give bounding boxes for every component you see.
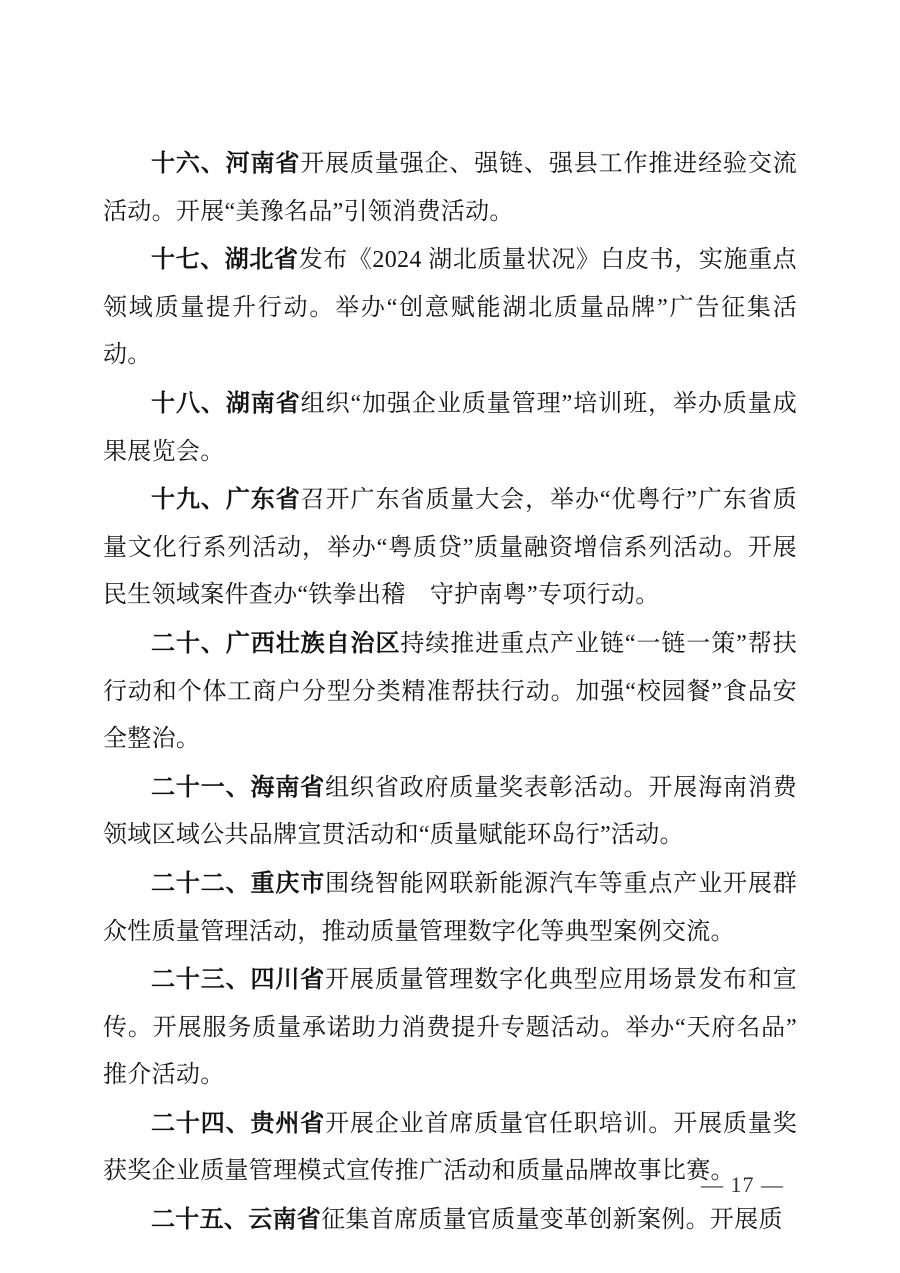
paragraph-item-17: 十七、湖北省发布《2024 湖北质量状况》白皮书，实施重点领域质量提升行动。举办… xyxy=(103,236,797,380)
page-number: — 17 — xyxy=(701,1172,784,1198)
paragraph-lead: 十六、河南省 xyxy=(151,150,300,177)
paragraph-body: 征集首席质量官质量变革创新案例。开展质 xyxy=(321,1207,783,1233)
paragraph-item-16: 十六、河南省开展质量强企、强链、强县工作推进经验交流活动。开展“美豫名品”引领消… xyxy=(103,140,797,236)
paragraph-lead: 二十五、云南省 xyxy=(151,1206,321,1233)
paragraph-item-23: 二十三、四川省开展质量管理数字化典型应用场景发布和宣传。开展服务质量承诺助力消费… xyxy=(103,956,797,1100)
paragraph-lead: 二十、广西壮族自治区 xyxy=(151,630,400,657)
document-body: 十六、河南省开展质量强企、强链、强县工作推进经验交流活动。开展“美豫名品”引领消… xyxy=(103,140,797,1245)
paragraph-lead: 二十四、贵州省 xyxy=(151,1110,325,1137)
paragraph-lead: 十九、广东省 xyxy=(151,486,301,513)
paragraph-item-24: 二十四、贵州省开展企业首席质量官任职培训。开展质量奖获奖企业质量管理模式宣传推广… xyxy=(103,1100,797,1196)
paragraph-item-22: 二十二、重庆市围绕智能网联新能源汽车等重点产业开展群众性质量管理活动，推动质量管… xyxy=(103,860,797,956)
document-page: 十六、河南省开展质量强企、强链、强县工作推进经验交流活动。开展“美豫名品”引领消… xyxy=(0,0,900,1273)
paragraph-item-25: 二十五、云南省征集首席质量官质量变革创新案例。开展质 xyxy=(103,1196,797,1245)
paragraph-item-19: 十九、广东省召开广东省质量大会，举办“优粤行”广东省质量文化行系列活动，举办“粤… xyxy=(103,476,797,620)
paragraph-item-21: 二十一、海南省组织省政府质量奖表彰活动。开展海南消费领域区域公共品牌宣贯活动和“… xyxy=(103,764,797,860)
paragraph-lead: 二十三、四川省 xyxy=(151,966,325,993)
paragraph-lead: 十七、湖北省 xyxy=(151,246,299,273)
paragraph-lead: 二十二、重庆市 xyxy=(151,870,325,897)
paragraph-lead: 十八、湖南省 xyxy=(151,390,301,417)
paragraph-lead: 二十一、海南省 xyxy=(151,774,325,801)
paragraph-item-18: 十八、湖南省组织“加强企业质量管理”培训班，举办质量成果展览会。 xyxy=(103,380,797,476)
paragraph-item-20: 二十、广西壮族自治区持续推进重点产业链“一链一策”帮扶行动和个体工商户分型分类精… xyxy=(103,620,797,764)
